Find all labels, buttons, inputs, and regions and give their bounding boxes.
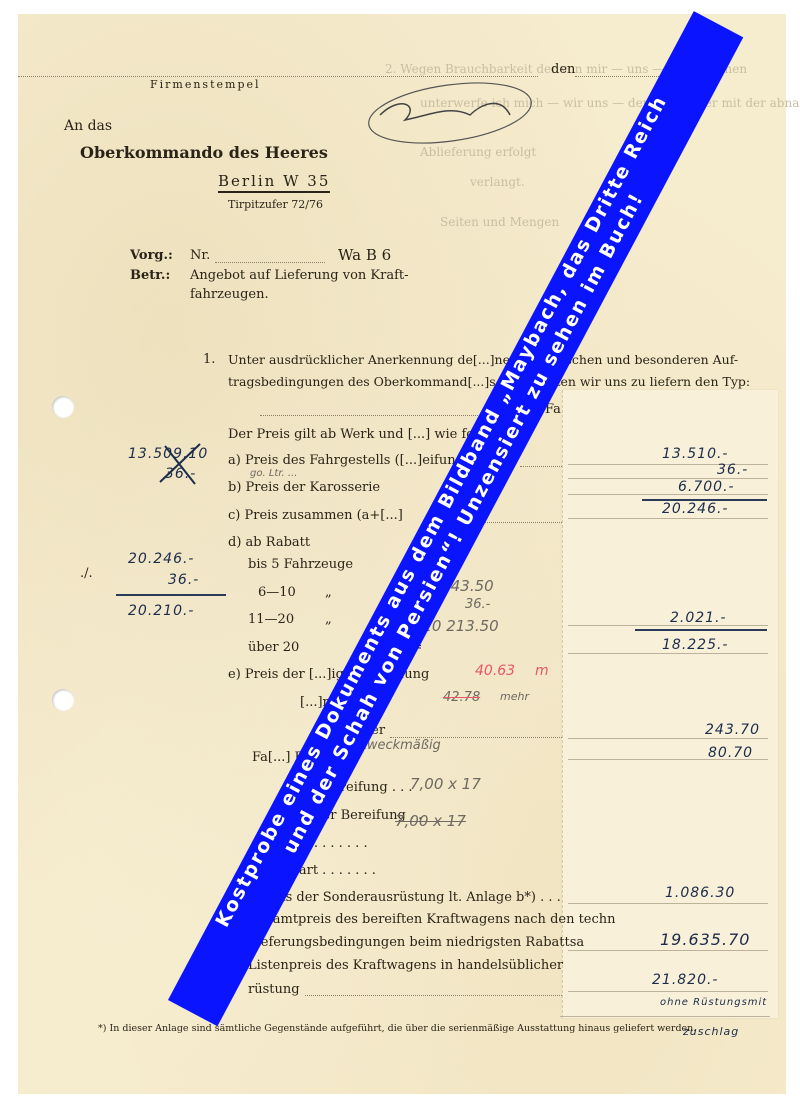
footnote: *) In dieser Anlage sind sämtliche Gegen…: [98, 1023, 696, 1034]
ditto-mark: „: [325, 585, 332, 600]
minus-sign: ./.: [80, 566, 93, 581]
address-prefix: An das: [64, 118, 112, 134]
value-a-sub: 36.-: [717, 462, 748, 478]
betr-line1: Angebot auf Lieferung von Kraft-: [190, 268, 409, 283]
dotted-line: [215, 262, 325, 263]
strip-rule: [568, 950, 768, 951]
ditto-mark: „: [325, 612, 332, 627]
betr-line2: fahrzeugen.: [190, 287, 269, 302]
item-d-label: d) ab Rabatt: [228, 535, 310, 550]
margin-value: 36.-: [168, 572, 199, 588]
bleed-text: verlangt.: [470, 175, 525, 189]
der-bereifung-note: 7,00 x 17: [395, 812, 466, 830]
listen-note: ohne Rüstungsmit: [660, 997, 767, 1008]
value-rabatt: 2.021.-: [670, 610, 727, 626]
value-a: 13.510.-: [662, 446, 729, 462]
listen-line1: Listenpreis des Kraftwagens in handelsüb…: [248, 958, 563, 973]
margin-value: 20.210.-: [128, 603, 195, 619]
strip-rule: [568, 494, 768, 495]
strip-rule: [568, 991, 768, 992]
rabatt-row-label: über 20: [248, 640, 299, 655]
sonder-label: [...]reis der Sonderausrüstung lt. Anlag…: [245, 890, 561, 905]
vorg-label: Vorg.:: [130, 248, 173, 263]
value-b: 6.700.-: [678, 479, 735, 495]
date-label: den: [551, 62, 575, 77]
item-c-label: c) Preis zusammen (a+[...]: [228, 508, 403, 523]
betr-label: Betr.:: [130, 268, 170, 283]
listen-line2: rüstung: [248, 982, 300, 997]
value-c: 20.246.-: [662, 501, 729, 517]
value-bereifung: 80.70: [708, 745, 753, 761]
sum-rule: [116, 594, 226, 596]
punch-hole: [52, 396, 74, 418]
rabatt-row-label: bis 5 Fahrzeuge: [248, 557, 353, 572]
item-b-label: b) Preis der Karosserie: [228, 480, 380, 495]
nr-value: Wa B 6: [338, 246, 391, 264]
strip-rule: [568, 518, 768, 519]
section-number: 1.: [203, 352, 215, 367]
section-line1: Unter ausdrücklicher Anerkennung de[...]…: [228, 352, 738, 367]
dotted-line: [520, 466, 562, 467]
pencil-note: go. Ltr. ...: [250, 468, 297, 479]
margin-orig-sub: 36.-: [165, 466, 196, 482]
punch-hole: [52, 689, 74, 711]
rabatt-row-label: 11—20: [248, 612, 294, 627]
section-line2: tragsbedingungen des Oberkommand[...]s v…: [228, 374, 750, 389]
rabatt-row-label: 6—10: [258, 585, 296, 600]
strip-rule: [568, 653, 768, 654]
red-suffix: m: [535, 663, 549, 679]
value-gesamt: 19.635.70: [660, 930, 750, 949]
struck-note: mehr: [500, 690, 529, 703]
strip-rule: [560, 1016, 770, 1017]
city: Berlin W 35: [218, 172, 330, 193]
rabatt-note: 36.-: [465, 597, 490, 612]
nr-label: Nr.: [190, 248, 210, 263]
gesamt-line2: Lieferungsbedingungen beim niedrigsten R…: [248, 935, 584, 950]
value-listen: 21.820.-: [652, 972, 719, 988]
struck-value: 42.78: [443, 690, 480, 705]
street: Tirpitzufer 72/76: [228, 198, 323, 211]
margin-value: 20.246.-: [128, 551, 195, 567]
dotted-line: [305, 995, 562, 996]
value-final: 18.225.-: [662, 637, 729, 653]
red-value: 40.63: [475, 663, 515, 679]
strip-rule: [568, 625, 768, 626]
strip-rule: [568, 478, 768, 479]
bleed-text: Seiten und Mengen: [440, 215, 559, 229]
strip-rule: [568, 903, 768, 904]
gesamt-line1: Gesamtpreis des bereiften Kraftwagens na…: [248, 912, 616, 927]
strip-rule: [568, 738, 768, 739]
recipient: Oberkommando des Heeres: [80, 143, 328, 162]
signature: [360, 75, 540, 150]
item-a-label: a) Preis des Fahrgestells ([...]eifung): [228, 453, 469, 468]
stamp-label: Firmenstempel: [150, 78, 261, 91]
fa-bereifung-note: zweckmäßig: [360, 738, 441, 753]
value-sonder: 1.086.30: [665, 885, 735, 901]
bereifung-size-note: 7,00 x 17: [410, 775, 481, 793]
value-raeder: 243.70: [705, 722, 760, 738]
sum-rule: [635, 629, 767, 631]
